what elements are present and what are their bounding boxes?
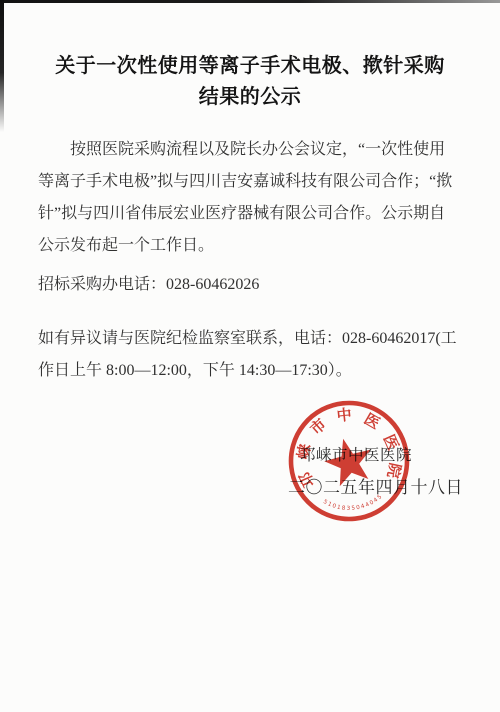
title-line-1: 关于一次性使用等离子手术电极、揿针采购 — [30, 50, 470, 81]
page-title: 关于一次性使用等离子手术电极、揿针采购 结果的公示 — [30, 50, 470, 112]
seal-star-icon — [320, 433, 377, 488]
body-paragraph: 按照医院采购流程以及院长办公会议定，“一次性使用 等离子手术电极”拟与四川吉安嘉… — [38, 134, 442, 262]
scan-edge-left — [0, 0, 4, 132]
scan-edge-top — [0, 0, 500, 3]
objection-paragraph: 如有异议请与医院纪检监察室联系，电话：028-60462017(工 作日上午 8… — [38, 323, 442, 387]
paragraph-line: 等离子手术电极”拟与四川吉安嘉诚科技有限公司合作；“揿 — [38, 166, 442, 198]
scanned-document-page: 关于一次性使用等离子手术电极、揿针采购 结果的公示 按照医院采购流程以及院长办公… — [0, 0, 500, 712]
objection-line: 如有异议请与医院纪检监察室联系，电话：028-60462017(工 — [38, 323, 442, 355]
procurement-phone-line: 招标采购办电话：028-60462026 — [38, 269, 442, 301]
paragraph-line: 公示发布起一个工作日。 — [38, 230, 442, 262]
document-body: 按照医院采购流程以及院长办公会议定，“一次性使用 等离子手术电极”拟与四川吉安嘉… — [38, 134, 442, 387]
title-line-2: 结果的公示 — [30, 81, 470, 112]
seal-ring-char: 崃 — [294, 441, 315, 460]
seal-ring-char: 中 — [336, 406, 353, 425]
seal-ring-char: 院 — [384, 461, 405, 479]
official-seal: 邛 崃 市 中 医 医 院 5101835044045 — [272, 384, 426, 538]
paragraph-line: 针”拟与四川省伟辰宏业医疗器械有限公司合作。公示期自 — [38, 198, 442, 230]
paragraph-line: 按照医院采购流程以及院长办公会议定，“一次性使用 — [38, 134, 442, 166]
objection-line: 作日上午 8:00—12:00，下午 14:30—17:30）。 — [38, 355, 442, 387]
